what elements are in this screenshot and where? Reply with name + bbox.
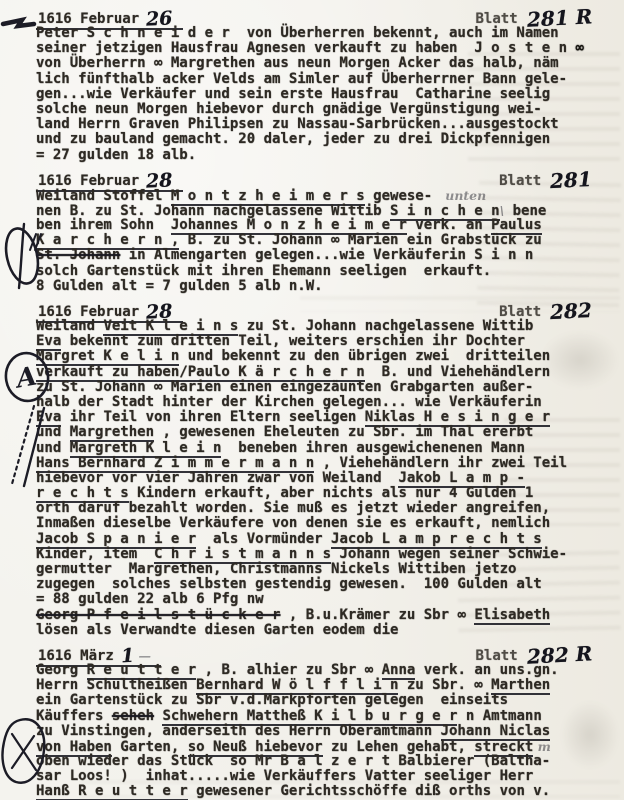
typed-text: B. zu St. Johann ∞ Marien ein Grabstück …: [179, 232, 541, 248]
text-line: gen...wie Verkäufer und sein erste Hausf…: [36, 87, 610, 102]
crossed-circle-mark: [0, 712, 50, 792]
typed-text: , B. alhier zu Sbr ∞: [196, 662, 381, 678]
typed-text: von Überherrn ∞ Margrethen aus neun Morg…: [36, 55, 559, 71]
underlined-name: Hanß R e u t t e r: [36, 783, 188, 800]
typed-text: lich fünfthalb acker Velds am Simler auf…: [36, 71, 567, 87]
text-line: germutter Margrethen, Christmanns Nickel…: [36, 562, 610, 577]
text-line: Hanß R e u t t e r gewesener Gerichtssch…: [36, 784, 610, 799]
typed-text: zu St. Johann ∞ Marien einen eingezäunte…: [36, 379, 533, 395]
text-line: = 27 gulden 18 alb.: [36, 148, 610, 163]
typed-text: Johann wegen seiner Schwie-: [331, 546, 567, 562]
date-hand-number: 28: [146, 173, 173, 188]
date-hand-number: 28: [146, 304, 173, 319]
typed-text: oben wieder das Stück so Mr B a l z e r …: [36, 753, 550, 769]
document-body: 1616 Februar26Blatt281 RPeter S c h n e …: [0, 0, 624, 800]
text-line: Margret K e l i n und bekennt zu den übr…: [36, 349, 610, 364]
text-line: hiebevor vor vier Jahren zwar von Weilan…: [36, 471, 610, 486]
text-line: ein Gartenstück zu Sbr v.d.Markpforten g…: [36, 693, 610, 708]
typed-text: und zu bauland gemacht. 20 daler, jeder …: [36, 131, 550, 147]
typed-text: zu Sbr. ∞: [398, 677, 491, 693]
typed-text: und bekennt zu den übrigen zwei dritteil…: [179, 348, 550, 364]
entry-1616-februar-28a: 1616 Februar28Blatt281Weiland Stoffel M …: [36, 172, 610, 294]
entry-header: 1616 Februar28Blatt281: [36, 172, 610, 188]
text-line: von Haben Garten, so Neuß hiebevor zu Le…: [36, 739, 610, 754]
typed-text: gen...wie Verkäufer und sein erste Hausf…: [36, 86, 550, 102]
entry-1616-maerz-1: 1616 März1 —Blatt282 RGeorg R e u t t e …: [36, 647, 610, 800]
typed-text: zugegen solches selbsten gestendig gewes…: [36, 576, 542, 592]
text-line: Kinder, item C h r i s t m a n n s Johan…: [36, 547, 610, 562]
scanned-document-page: A 1616 Februar26Blatt281 RPeter S c h n …: [0, 0, 624, 800]
struck-text: St. Johann: [36, 247, 120, 263]
handwritten-note: \: [500, 203, 505, 218]
typed-text: ihr Teil von ihren Eltern seeligen: [61, 409, 364, 425]
struck-text: seheh: [112, 708, 154, 724]
typed-text: n Amtmann: [457, 708, 541, 724]
typed-text: Weiland: [36, 318, 103, 334]
blatt-hand-number: 282: [550, 303, 592, 319]
blatt-label: Blatt: [499, 304, 541, 320]
typed-text: verk. an: [407, 217, 491, 233]
text-line: und Margreth K l e i n beneben ihren aus…: [36, 441, 610, 456]
text-line: von Überherrn ∞ Margrethen aus neun Morg…: [36, 56, 610, 71]
entry-header: 1616 Februar26Blatt281 R: [36, 10, 610, 26]
date-hand-number: 26: [146, 11, 173, 26]
text-line: = 88 gulden 22 alb 6 Pfg nw: [36, 592, 610, 607]
text-line: verkauft zu haben/Paulo K ä r c h e r n …: [36, 365, 610, 380]
double-slash-long-mark: [4, 400, 50, 490]
typed-text: gewese-: [365, 188, 432, 204]
blatt-reference: Blatt281: [499, 172, 592, 189]
text-line: Käuffers seheh Schwehern Mattheß K i l b…: [36, 709, 610, 724]
text-line: lich fünfthalb acker Velds am Simler auf…: [36, 72, 610, 87]
typed-text: zu St. Johann nachgelassene Wittib: [238, 318, 533, 334]
typed-text: , gewesenen Eheleuten zu Sbr. im Thal er…: [154, 424, 533, 440]
blatt-label: Blatt: [476, 648, 518, 664]
typed-text: solche neun Morgen hiebevor durch gnädig…: [36, 101, 542, 117]
typed-text: als Vormünder: [196, 531, 331, 547]
typed-text: sar Loos! ) inhat.....wie Verkäuffers Va…: [36, 768, 533, 784]
double-slash-icon: [24, 232, 42, 252]
typed-text: , Viehehändlern ihr zwei Teil: [314, 455, 567, 471]
typed-text: B. und Viehehändlern: [365, 364, 550, 380]
underlined-name: Elisabeth: [474, 607, 550, 625]
text-line: Inmaßen dieselbe Verkäufere von denen si…: [36, 516, 610, 531]
typed-text: halb der Stadt hinter der Kirchen gelege…: [36, 394, 542, 410]
marriage-symbol: ∞: [575, 40, 583, 56]
blatt-reference: Blatt281 R: [476, 10, 593, 27]
entry-header: 1616 Februar28Blatt282: [36, 303, 610, 319]
text-line: ben ihrem Sohn Johannes M o n z h e i m …: [36, 218, 610, 233]
typed-text: ein Gartenstück zu Sbr v.d.Markpforten g…: [36, 692, 508, 708]
typed-text: Peter S c h n e i d e r von Überherren b…: [36, 25, 559, 41]
typed-text: Kindern erkauft, aber nichts als nur 4 G…: [129, 485, 534, 501]
typed-text: Herrn Schultheißen: [36, 677, 196, 693]
text-line: solch Gartenstück mit ihren Ehemann seel…: [36, 264, 610, 279]
typed-text: Kinder, item: [36, 546, 154, 562]
pen-smudge-mark: [0, 14, 40, 34]
typed-text: ben ihrem Sohn: [36, 217, 171, 233]
typed-text: orth daruf bezahlt worden. Sie muß es je…: [36, 500, 550, 516]
typed-text: germutter Margrethen, Christmanns Nickel…: [36, 561, 516, 577]
blatt-reference: Blatt282 R: [476, 647, 593, 664]
text-line: Weiland Veit K l e i n s zu St. Johann n…: [36, 319, 610, 334]
typed-text: seiner jetzigen Hausfrau Agnesen verkauf…: [36, 40, 575, 56]
date-hand-number: 1: [121, 649, 135, 664]
typed-text: gewesener Gerichtsschöffe diß orths von …: [188, 783, 550, 799]
typed-text: Inmaßen dieselbe Verkäufere von denen si…: [36, 515, 550, 531]
date-typed: 1616 Februar: [38, 173, 139, 189]
text-line: nen B. zu St. Johann nachgelassene Witti…: [36, 203, 610, 218]
text-line: Jacob S p a n i e r als Vormünder Jacob …: [36, 532, 610, 547]
typed-text: = 27 gulden 18 alb.: [36, 147, 196, 163]
entry-1616-februar-26: 1616 Februar26Blatt281 RPeter S c h n e …: [36, 10, 610, 163]
entry-header: 1616 März1 —Blatt282 R: [36, 647, 610, 663]
typed-text: solch Gartenstück mit ihren Ehemann seel…: [36, 263, 491, 279]
text-line: Weiland Stoffel M o n t z h e i m e r s …: [36, 188, 610, 203]
typed-text: in Almengarten gelegen...wie Verkäuferin…: [120, 247, 533, 263]
typed-text: beneben ihren ausgewichenenen Mann: [221, 440, 524, 456]
circled-a-mark: A: [2, 350, 52, 406]
text-line: Peter S c h n e i d e r von Überherren b…: [36, 26, 610, 41]
struck-text: Georg P f e i l s t ü c k e r: [36, 607, 280, 623]
blatt-label: Blatt: [476, 11, 518, 27]
date-note: —: [134, 648, 151, 663]
text-line: und zu bauland gemacht. 20 daler, jeder …: [36, 132, 610, 147]
typed-text: , B.u.Krämer zu Sbr ∞: [280, 607, 474, 623]
text-line: und Margrethen , gewesenen Eheleuten zu …: [36, 425, 610, 440]
blatt-reference: Blatt282: [499, 303, 592, 320]
typed-text: 8 Gulden alt = 7 gulden 5 alb n.W.: [36, 278, 323, 294]
circled-letter: A: [11, 362, 39, 396]
text-line: lösen als Verwandte diesen Garten eodem …: [36, 623, 610, 638]
blatt-hand-number: 281 R: [526, 9, 592, 26]
typed-text: hiebevor vor vier Jahren zwar von Weilan…: [36, 470, 398, 486]
blatt-hand-number: 281: [550, 172, 592, 188]
text-line: zu Vinstingen, anderseith des Herrn Ober…: [36, 724, 610, 739]
typed-text: zu Vinstingen, anderseith des Herrn Ober…: [36, 723, 441, 739]
text-line: Georg P f e i l s t ü c k e r , B.u.Kräm…: [36, 608, 610, 623]
typed-text: Georg: [36, 662, 87, 678]
text-line: oben wieder das Stück so Mr B a l z e r …: [36, 754, 610, 769]
blatt-hand-number: 282 R: [526, 646, 592, 663]
text-line: halb der Stadt hinter der Kirchen gelege…: [36, 395, 610, 410]
typed-text: = 88 gulden 22 alb 6 Pfg nw: [36, 591, 264, 607]
text-line: 8 Gulden alt = 7 gulden 5 alb n.W.: [36, 279, 610, 294]
typed-text: lösen als Verwandte diesen Garten eodem …: [36, 622, 398, 638]
typed-text: bekennt zum dritten Teil, weiters erschi…: [61, 333, 525, 349]
text-line: solche neun Morgen hiebevor durch gnädig…: [36, 102, 610, 117]
blatt-label: Blatt: [499, 173, 541, 189]
text-line: zu St. Johann ∞ Marien einen eingezäunte…: [36, 380, 610, 395]
handwritten-note: unten: [432, 188, 486, 203]
text-line: r e c h t s Kindern erkauft, aber nichts…: [36, 486, 610, 501]
handwritten-note: m: [533, 739, 551, 754]
typed-text: land Herrn Graven Philipsen zu Nassau-Sa…: [36, 116, 559, 132]
text-line: St. Johann in Almengarten gelegen...wie …: [36, 248, 610, 263]
text-line: Hans Bernhard Z i m m e r m a n n , Vieh…: [36, 456, 610, 471]
entry-1616-februar-28b: 1616 Februar28Blatt282Weiland Veit K l e…: [36, 303, 610, 638]
